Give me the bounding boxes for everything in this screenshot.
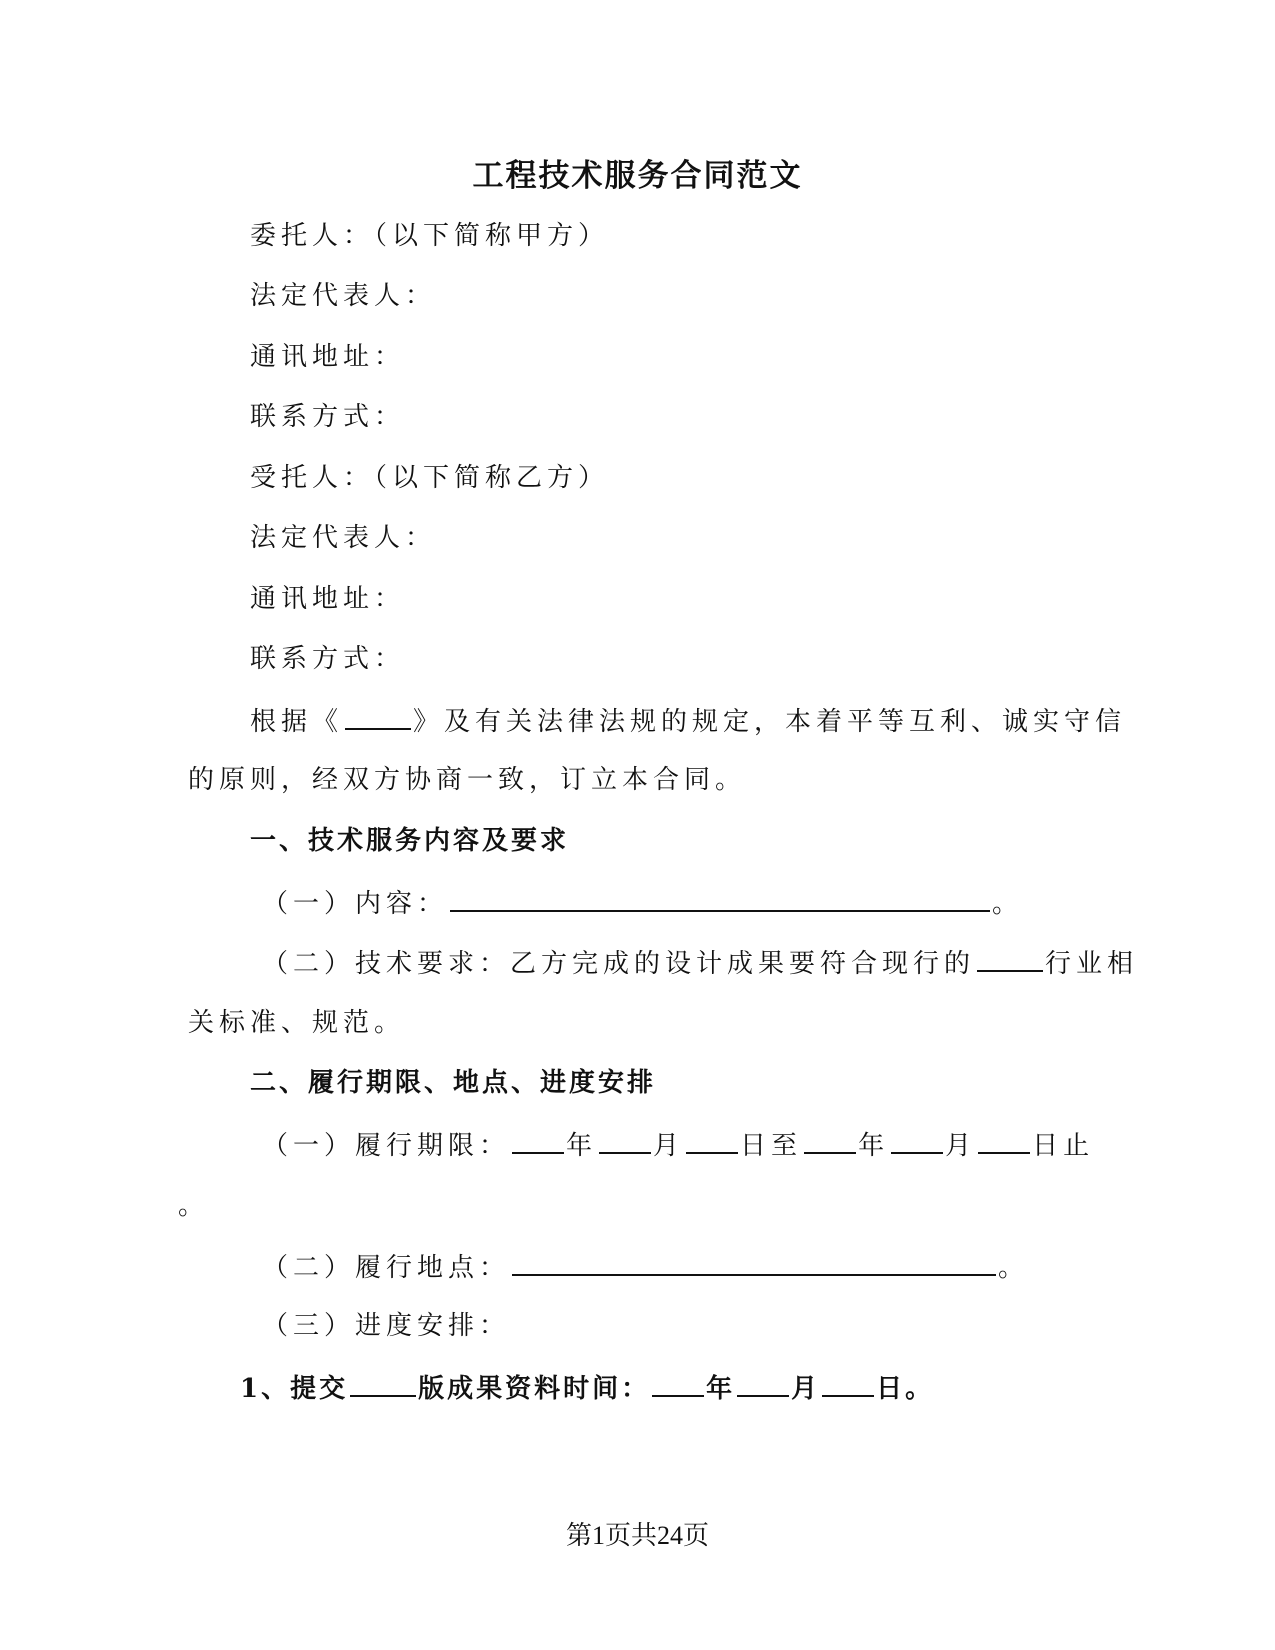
party-a-client: 委托人：（以下简称甲方） — [250, 218, 609, 254]
end-month-blank — [891, 1126, 943, 1154]
month-label: 月 — [653, 1131, 684, 1161]
submit-year-blank — [652, 1369, 704, 1397]
year-label: 年 — [566, 1131, 597, 1161]
place-line: （二）履行地点：。 — [262, 1248, 1029, 1286]
content-line: （一）内容：。 — [262, 884, 1023, 922]
party-b-contact: 联系方式： — [250, 641, 405, 677]
page-footer: 第1页共24页 — [0, 1515, 1275, 1552]
place-blank — [512, 1248, 996, 1276]
year-label: 年 — [706, 1374, 735, 1404]
preamble-line-1: 根据《》及有关法律法规的规定，本着平等互利、诚实守信 — [250, 702, 1126, 740]
start-year-blank — [512, 1126, 564, 1154]
party-b-legal-rep: 法定代表人： — [250, 520, 436, 556]
month-label: 月 — [791, 1374, 820, 1404]
month-label: 月 — [945, 1131, 976, 1161]
party-b-address: 通讯地址： — [250, 581, 405, 617]
schedule-item1-part2: 版成果资料时间： — [418, 1374, 650, 1404]
tech-req-part1: （二）技术要求：乙方完成的设计成果要符合现行的 — [262, 949, 975, 979]
section-1-heading: 一、技术服务内容及要求 — [250, 823, 569, 859]
term-label: （一）履行期限： — [262, 1131, 510, 1161]
tech-requirement-line-1: （二）技术要求：乙方完成的设计成果要符合现行的行业相 — [262, 944, 1138, 982]
term-end-mark: 。 — [178, 1188, 209, 1224]
start-day-blank — [686, 1126, 738, 1154]
end-day-blank — [978, 1126, 1030, 1154]
place-label: （二）履行地点： — [262, 1253, 510, 1283]
schedule-item-1: 1、提交版成果资料时间：年月日。 — [240, 1369, 934, 1407]
content-blank — [450, 884, 990, 912]
submit-month-blank — [737, 1369, 789, 1397]
day-to-label: 日至 — [740, 1131, 802, 1161]
content-end: 。 — [992, 889, 1023, 919]
tech-req-part2: 行业相 — [1045, 949, 1138, 979]
document-page: 工程技术服务合同范文 委托人：（以下简称甲方） 法定代表人： 通讯地址： 联系方… — [0, 0, 1275, 1650]
place-end: 。 — [998, 1253, 1029, 1283]
end-year-blank — [804, 1126, 856, 1154]
start-month-blank — [599, 1126, 651, 1154]
section-2-heading: 二、履行期限、地点、进度安排 — [250, 1065, 656, 1101]
law-name-blank — [345, 702, 411, 730]
term-line: （一）履行期限：年月日至年月日止 — [262, 1126, 1094, 1164]
schedule-item1-part1: 1、提交 — [240, 1374, 348, 1404]
preamble-part1: 根据《 — [250, 707, 343, 737]
party-a-address: 通讯地址： — [250, 339, 405, 375]
document-title: 工程技术服务合同范文 — [0, 150, 1275, 195]
industry-blank — [977, 944, 1043, 972]
schedule-label: （三）进度安排： — [262, 1308, 510, 1344]
version-blank — [350, 1369, 416, 1397]
party-b-trustee: 受托人：（以下简称乙方） — [250, 460, 609, 496]
tech-requirement-line-2: 关标准、规范。 — [188, 1005, 405, 1041]
preamble-part2: 》及有关法律法规的规定，本着平等互利、诚实守信 — [413, 707, 1126, 737]
year-label: 年 — [858, 1131, 889, 1161]
content-label: （一）内容： — [262, 889, 448, 919]
day-end-label: 日止 — [1032, 1131, 1094, 1161]
day-label: 日。 — [876, 1374, 934, 1404]
submit-day-blank — [822, 1369, 874, 1397]
party-a-legal-rep: 法定代表人： — [250, 278, 436, 314]
preamble-line-2: 的原则，经双方协商一致，订立本合同。 — [188, 762, 746, 798]
party-a-contact: 联系方式： — [250, 399, 405, 435]
